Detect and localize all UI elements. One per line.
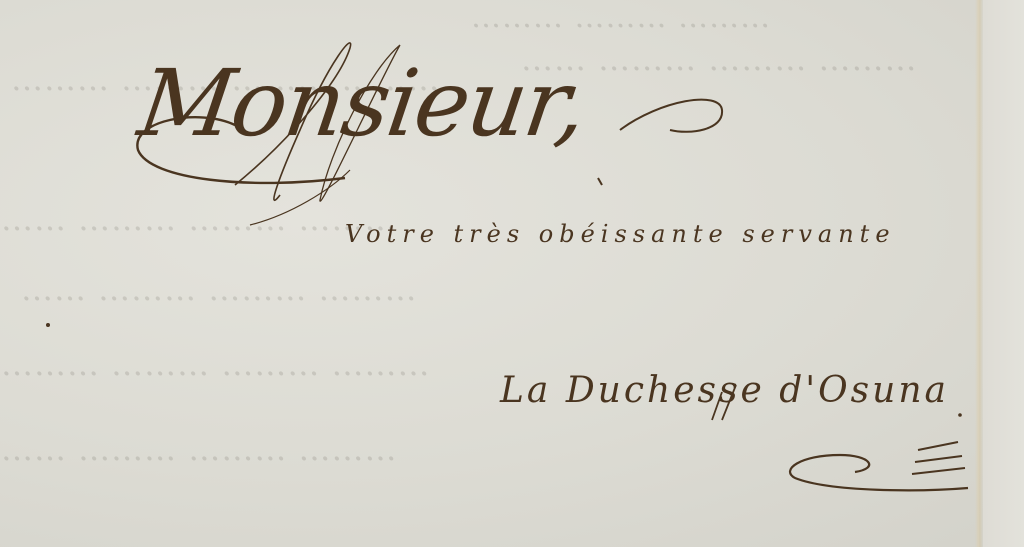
closing-line: Votre très obéissante servante [345,220,896,248]
salutation: Monsieur, [134,58,591,150]
signature: La Duchesse d'Osuna [500,370,949,411]
letter-photograph: ……… ……… ……… ……… ……… ……… …… ……… ……… ……… …… [0,0,1024,547]
